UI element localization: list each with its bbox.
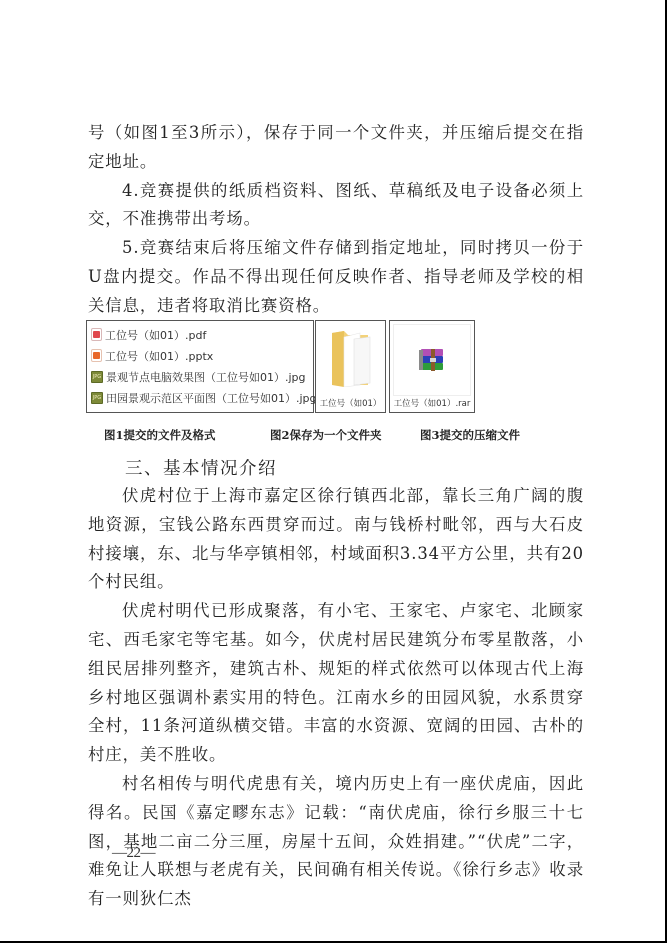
page-number: —22— [112,845,155,862]
paragraph-rule-5: 5.竞赛结束后将压缩文件存储到指定地址，同时拷贝一份于U盘内提交。作品不得出现任… [88,234,584,320]
pdf-file-icon [91,328,102,341]
file-name: 景观节点电脑效果图（工位号如01）.jpg [106,369,306,385]
jpg-file-icon: JPG [91,371,103,383]
archive-label: 工位号（如01）.rar [390,397,474,409]
figure-3-archive: 工位号（如01）.rar [389,320,475,413]
file-row-pptx: 工位号（如01）.pptx [91,345,309,366]
paragraph-name-origin: 村名相传与明代虎患有关，境内历史上有一座伏虎庙，因此得名。民国《嘉定疁东志》记载… [88,770,584,914]
file-name: 工位号（如01）.pdf [105,327,206,343]
folder-label: 工位号（如01） [316,397,385,409]
figure-1-caption: 图1提交的文件及格式 [104,427,216,443]
paragraph-location: 伏虎村位于上海市嘉定区徐行镇西北部，靠长三角广阔的腹地资源，宝钱公路东西贯穿而过… [88,482,584,597]
file-row-jpg-rendering: JPG 景观节点电脑效果图（工位号如01）.jpg [91,366,309,387]
paragraph-continuation: 号（如图1至3所示），保存于同一个文件夹，并压缩后提交在指定地址。 [88,119,584,177]
figure-2-caption: 图2保存为一个文件夹 [270,427,382,443]
figure-2-folder: 工位号（如01） [315,320,386,413]
paragraph-history: 伏虎村明代已形成聚落，有小宅、王家宅、卢家宅、北顾家宅、西毛家宅等宅基。如今，伏… [88,597,584,770]
top-text-block: 号（如图1至3所示），保存于同一个文件夹，并压缩后提交在指定地址。 4.竞赛提供… [88,119,584,321]
section-heading: 三、基本情况介绍 [125,455,277,480]
figure-1-file-list: 工位号（如01）.pdf 工位号（如01）.pptx JPG 景观节点电脑效果图… [86,320,314,413]
file-name: 田园景观示范区平面图（工位号如01）.jpg [106,390,317,406]
pptx-file-icon [91,349,102,362]
folder-icon [330,329,372,387]
file-row-pdf: 工位号（如01）.pdf [91,324,309,345]
rar-archive-icon [417,347,447,375]
paragraph-rule-4: 4.竞赛提供的纸质档资料、图纸、草稿纸及电子设备必须上交，不准携带出考场。 [88,177,584,235]
file-name: 工位号（如01）.pptx [105,348,213,364]
bottom-text-block: 伏虎村位于上海市嘉定区徐行镇西北部，靠长三角广阔的腹地资源，宝钱公路东西贯穿而过… [88,482,584,914]
figure-3-caption: 图3提交的压缩文件 [420,427,520,443]
jpg-file-icon: JPG [91,392,103,404]
file-row-jpg-plan: JPG 田园景观示范区平面图（工位号如01）.jpg [91,387,309,408]
